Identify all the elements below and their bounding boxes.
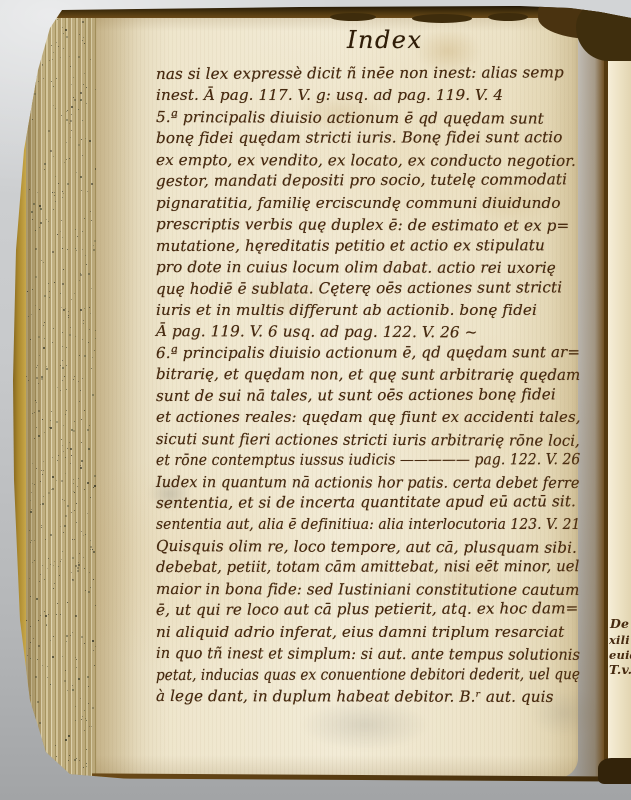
- manuscript-line: à lege dant, in duplum habeat debitor. B…: [156, 686, 554, 707]
- next-page-text-fragment: De: [610, 616, 629, 631]
- next-page-text-fragment: T.v.: [609, 662, 631, 677]
- manuscript-line: bitrarię, et quędam non, et quę sunt arb…: [156, 364, 580, 385]
- photo-backdrop: Index nas si lex expressè dicit ñ inēe n…: [0, 0, 631, 800]
- manuscript-line: quę hodiē ē sublata. Cęterę oēs actiones…: [156, 277, 562, 299]
- manuscript-line: sententia aut, alia ē definitiua: alia i…: [156, 514, 580, 534]
- manuscript-line: sicuti sunt fieri actiones stricti iuris…: [156, 429, 580, 451]
- bottom-right-gutter-shadow: [598, 758, 631, 784]
- top-edge-rough-bump: [412, 14, 472, 23]
- next-page-text-fragment: xili: [609, 633, 630, 647]
- manuscript-line: 5.ª principalis diuisio actionum ē qd qu…: [156, 107, 544, 129]
- manuscript-book: Index nas si lex expressè dicit ñ inēe n…: [0, 0, 631, 800]
- manuscript-line: et rōne contemptus iussus iudicis ————— …: [156, 449, 580, 470]
- manuscript-line: sunt de sui nā tales, ut sunt oēs action…: [156, 384, 556, 406]
- top-edge-rough-bump: [488, 13, 528, 21]
- manuscript-line: bonę fidei quędam stricti iuris. Bonę fi…: [156, 127, 563, 148]
- gutter-shadow: [548, 12, 608, 778]
- manuscript-line: inest. Ā pag. 117. V. g: usq. ad pag. 11…: [156, 85, 503, 105]
- manuscript-text-block: nas si lex expressè dicit ñ inēe non ine…: [156, 0, 580, 800]
- next-page-text-fragment: euid: [609, 648, 631, 662]
- manuscript-line: nas si lex expressè dicit ñ inēe non ine…: [156, 62, 564, 84]
- manuscript-line: Ā pag. 119. V. 6 usq. ad pag. 122. V. 26…: [156, 321, 478, 342]
- manuscript-line: maior in bona fide: sed Iustiniani const…: [156, 579, 580, 600]
- top-edge-rough-bump: [330, 13, 376, 21]
- manuscript-line: 6.ª principalis diuisio actionum ē, qd q…: [156, 342, 580, 363]
- manuscript-line: pignaratitia, familię erciscundę communi…: [156, 193, 561, 213]
- manuscript-line: petat, inducias quas ex conuentione debi…: [156, 664, 580, 685]
- manuscript-line: pro dote in cuius locum olim dabat. acti…: [156, 257, 556, 278]
- manuscript-line: mutatione, hęreditatis petitio et actio …: [156, 235, 545, 256]
- manuscript-line: Iudex in quantum nā actionis hor patis. …: [156, 472, 580, 493]
- manuscript-line: Quisquis olim re, loco tempore, aut cā, …: [156, 536, 577, 558]
- manuscript-line: et actiones reales: quędam quę fiunt ex …: [156, 407, 581, 427]
- manuscript-line: in quo tñ inest et simplum: si aut. ante…: [156, 643, 580, 665]
- manuscript-line: sententia, et si de incerta quantitate a…: [156, 491, 576, 513]
- manuscript-line: gestor, mandati depositi pro socio, tute…: [156, 170, 567, 192]
- manuscript-line: ex empto, ex vendito, ex locato, ex cond…: [156, 150, 576, 171]
- manuscript-line: ē, ut qui re loco aut cā plus petierit, …: [156, 598, 579, 620]
- manuscript-line: ni aliquid adrio inferat, eius damni tri…: [156, 622, 564, 642]
- manuscript-line: prescriptis verbis quę duplex ē: de esti…: [156, 214, 569, 236]
- manuscript-line: iuris et in multis differunt ab actionib…: [156, 300, 537, 320]
- manuscript-line: debebat, petiit, totam cām amittebat, ni…: [156, 556, 579, 577]
